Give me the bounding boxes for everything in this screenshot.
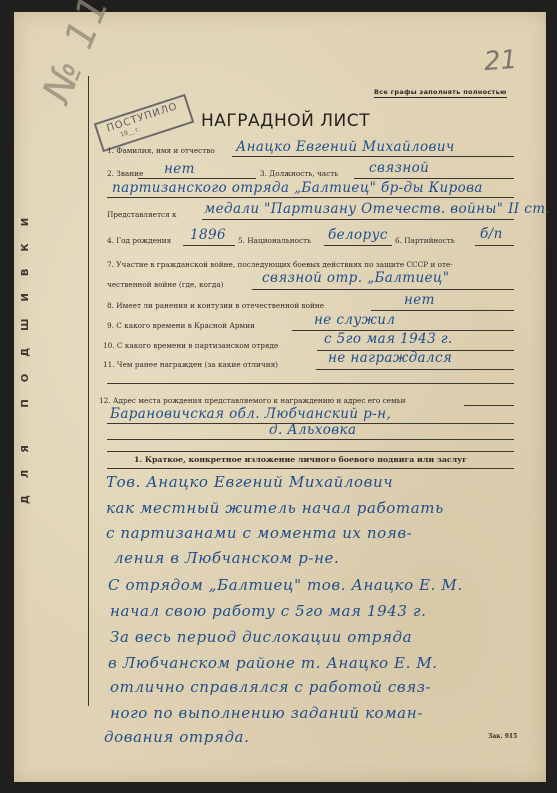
merit-line: с партизанами с момента их появ-	[106, 524, 412, 542]
field-partisan-since-value: с 5го мая 1943 г.	[324, 331, 453, 347]
binding-margin-line	[88, 76, 89, 706]
merit-line: С отрядом „Балтиец" тов. Анацко Е. М.	[108, 576, 463, 594]
merit-line: как местный житель начал работать	[106, 499, 444, 517]
field-previous-awards-underline	[316, 369, 514, 370]
field-rank-value: нет	[164, 161, 195, 177]
field-presented-label: Представляется к	[107, 210, 177, 219]
merit-line: Тов. Анацко Евгений Михайлович	[106, 473, 393, 491]
field-birth-year-underline	[183, 245, 235, 246]
field-presented-underline	[202, 219, 514, 220]
field-wounds-label: 8. Имеет ли ранения и контузии в отечест…	[107, 301, 324, 310]
field-war-participation-value: связной отр. „Балтиец"	[262, 270, 449, 286]
field-nationality-underline	[324, 245, 392, 246]
field-address-underline	[464, 405, 514, 406]
field-red-army-label: 9. С какого времени в Красной Армии	[107, 321, 255, 330]
award-sheet-page: ДЛЯ ПОДШИВКИ № 1108 21 Все графы заполня…	[14, 12, 546, 782]
field-address-underline-3	[107, 439, 514, 440]
received-stamp: ПОСТУПИЛО 19__ г.	[94, 94, 195, 152]
fill-instruction: Все графы заполнять полностью	[374, 88, 507, 98]
field-address-value: Барановичская обл. Любчанский р-н,	[110, 406, 391, 422]
section-divider	[107, 451, 514, 452]
field-war-participation-label: 7. Участие в гражданской войне, последую…	[107, 260, 453, 269]
field-previous-awards-value: не награждался	[328, 350, 452, 366]
field-name-value: Анацко Евгений Михайлович	[236, 139, 455, 155]
field-address-label: 12. Адрес места рождения представляемого…	[99, 396, 406, 405]
field-position-underline	[354, 178, 514, 179]
field-wounds-underline	[371, 310, 514, 311]
field-birth-year-value: 1896	[190, 227, 226, 243]
field-party-underline	[475, 245, 514, 246]
field-party-label: 6. Партийность	[395, 236, 455, 245]
field-name-label: 1. Фамилия, имя и отчество	[107, 146, 215, 155]
field-rank-label: 2. Звание	[107, 169, 143, 178]
field-name-underline	[232, 156, 514, 157]
document-title: НАГРАДНОЙ ЛИСТ	[201, 111, 370, 131]
stamp-text: ПОСТУПИЛО	[105, 101, 179, 134]
merit-line: в Любчанском районе т. Анацко Е. М.	[108, 654, 438, 672]
field-address-value-cont: д. Альховка	[269, 422, 356, 438]
field-presented-value: медали "Партизану Отечеств. войны" II ст…	[204, 201, 550, 217]
field-position-label: 3. Должность, часть	[260, 169, 338, 178]
field-nationality-value: белорус	[328, 227, 388, 243]
field-previous-awards-label: 11. Чем ранее награжден (за какие отличи…	[103, 360, 278, 369]
field-war-participation-label-cont: чественной войне (где, когда)	[107, 280, 223, 289]
merit-section-underline	[107, 468, 514, 469]
inventory-mark: № 1108	[34, 0, 140, 109]
field-nationality-label: 5. Национальность	[238, 236, 311, 245]
merit-line: За весь период дислокации отряда	[110, 628, 412, 646]
field-rank-underline	[138, 178, 256, 179]
field-position-value: связной	[369, 160, 429, 176]
merit-line: отлично справлялся с работой связ-	[110, 678, 431, 696]
merit-line: ного по выполнению заданий коман-	[110, 704, 423, 722]
field-partisan-since-label: 10. С какого времени в партизанском отря…	[103, 341, 278, 350]
binding-margin-label: ДЛЯ ПОДШИВКИ	[20, 172, 40, 532]
merit-section-heading: 1. Краткое, конкретное изложение личного…	[134, 455, 467, 464]
field-position-value-cont: партизанского отряда „Балтиец" бр-ды Кир…	[112, 180, 483, 196]
print-order-number: Зак. 915	[488, 733, 517, 740]
field-wounds-value: нет	[404, 292, 435, 308]
merit-line: дования отряда.	[104, 728, 249, 746]
merit-line: начал свою работу с 5го мая 1943 г.	[110, 602, 426, 620]
field-party-value: б/п	[480, 226, 503, 242]
field-position-cont-underline	[107, 197, 514, 198]
field-previous-awards-cont-underline	[107, 383, 514, 384]
merit-line: ления в Любчанском р-не.	[114, 549, 339, 567]
page-number: 21	[483, 45, 518, 77]
field-red-army-value: не служил	[314, 312, 395, 328]
field-war-participation-underline	[252, 289, 514, 290]
field-birth-year-label: 4. Год рождения	[107, 236, 171, 245]
